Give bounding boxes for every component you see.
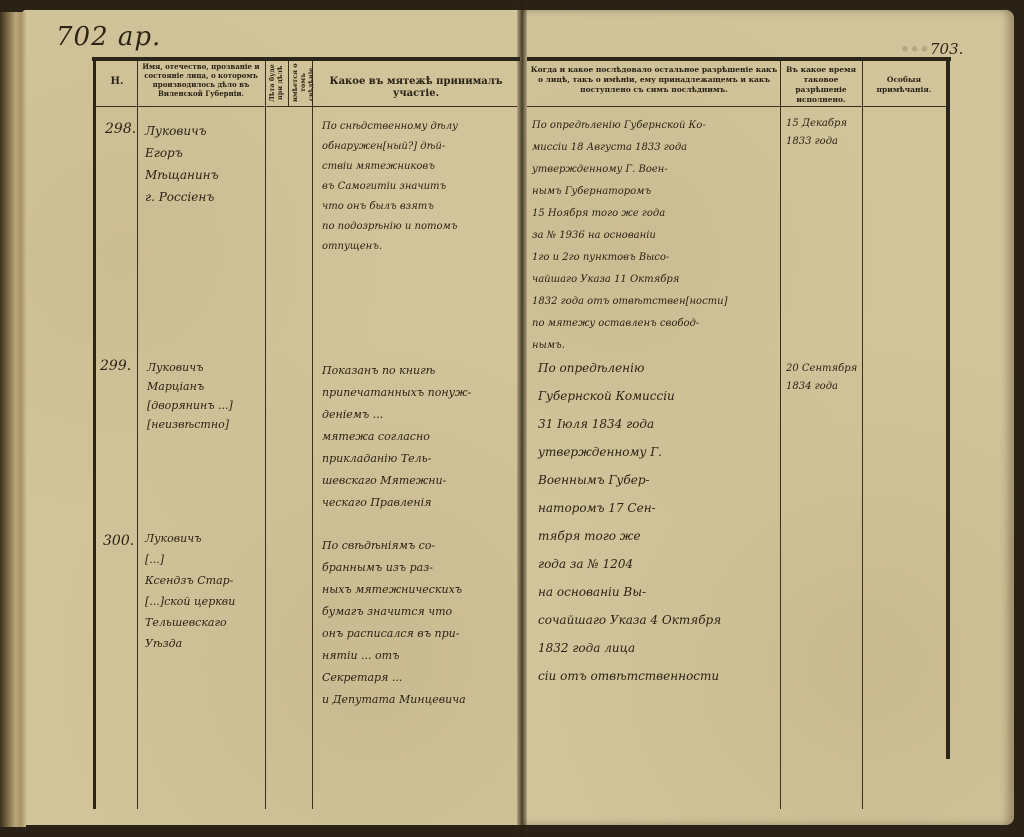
entry-executed: 15 Декабря 1833 года [786, 115, 860, 151]
header-vertical-2: имѣется о томъ свѣдѣніе. [291, 62, 309, 104]
entry-participation: По снѣдственному дѣлу обнаружен[ный?] дѣ… [322, 117, 518, 257]
ledger-scan: 702 ap. ∙∙∙ 703. Н. Имя, отечество, проз… [0, 0, 1024, 837]
left-frame-line [93, 59, 96, 809]
entry-resolution: По опредѣленію Губернской Комиссіи 31 Ію… [538, 354, 778, 690]
entry-name: Луковичъ Марціанъ [дворянинъ ...] [неизв… [147, 358, 265, 434]
col-line-name [265, 61, 266, 809]
entry-name: Луковичъ Егоръ Мѣщанинъ г. Россіенъ [145, 120, 263, 208]
page-stack-edge [0, 12, 26, 827]
entry-number: 298. [105, 118, 136, 140]
header-name: Имя, отечество, прозваніе и состояніе ли… [139, 62, 263, 98]
right-header-bottom-rule [527, 106, 947, 107]
col-line-participation [312, 61, 313, 809]
header-vertical-1: Лѣта буде при дѣлѣ [268, 62, 286, 104]
right-frame-line [946, 59, 950, 759]
col-line-notes [862, 61, 863, 809]
left-top-rule [92, 57, 520, 61]
left-folio-number: 702 ap. [56, 22, 161, 52]
book-gutter [517, 0, 527, 837]
right-top-rule [527, 57, 951, 61]
left-header-bottom-rule [95, 106, 517, 107]
entry-participation: По свѣдѣніямъ со- браннымъ изъ раз- ныхъ… [322, 535, 518, 711]
header-resolution: Когда и какое послѣдовало остальное разр… [530, 65, 778, 95]
entry-resolution: По опредѣленію Губернской Ко- миссіи 18 … [532, 115, 778, 357]
header-notes: Особыя примѣчанія. [864, 75, 944, 95]
entry-number: 299. [100, 355, 131, 377]
entry-executed: 20 Сентября 1834 года [786, 360, 860, 396]
header-number: Н. [98, 76, 136, 88]
right-folio-number: 703. [930, 40, 963, 58]
entry-number: 300. [103, 530, 134, 552]
entry-participation: Показанъ по книгѣ припечатанныхъ понуж- … [322, 360, 518, 514]
col-line-number [137, 61, 138, 809]
col-line-vert [288, 61, 289, 106]
entry-name: Луковичъ [...] Ксендзъ Стар- [...]ской ц… [145, 528, 263, 654]
header-executed: Въ какое время таковое разрѣшеніе исполн… [782, 65, 860, 105]
col-line-executed [780, 61, 781, 809]
header-participation: Какое въ мятежѣ принималъ участіе. [316, 76, 516, 100]
